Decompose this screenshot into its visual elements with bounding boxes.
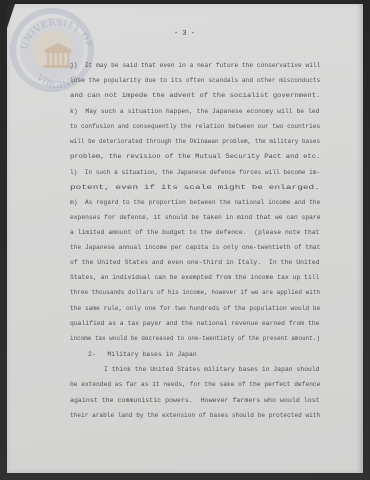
text-line: m) As regard to the proportion between t… [70,199,320,206]
text-line: to confusion and consequently the relati… [70,123,320,130]
text-line: expenses for defence, it should be taken… [70,214,321,221]
text-line: will be deteriorated through the Okinawa… [70,138,320,145]
page-number: - 3 - [174,30,195,38]
text-line: k) May such a situation happen, the Japa… [70,108,320,115]
text-line: three thousands dollars of his income, h… [70,289,320,296]
paper-edge-shadow [356,4,363,473]
text-line: problem, the revision of the Mutual Secu… [70,153,320,160]
text-line: the same rule, only one for two hundreds… [70,305,320,312]
text-line: I think the United States military bases… [104,366,320,373]
text-line: of the United States and even one-third … [70,259,320,266]
text-line: a limited amount of the budget to the de… [70,229,320,236]
paper-corner-fold [7,4,15,28]
text-line: l) In such a situation, the Japanese def… [70,169,320,176]
text-line: potent, even if its scale might be enlar… [70,184,320,191]
text-line: the Japanese annual income per capita is… [70,244,320,251]
text-line: lose the popularity due to its often sca… [70,77,320,84]
text-line: 2- Military bases in Japan [88,351,197,358]
text-line: and can not impede the advent of the soc… [70,92,320,99]
text-line: be extended as far as it needs, for the … [70,381,320,388]
text-line: States, an individual can be exempted fr… [70,274,320,281]
text-line: their arable land by the extension of ba… [70,412,320,419]
text-line: income tax would be decreased to one-twe… [70,335,320,342]
text-line: against the communistic powers. However … [70,397,320,404]
text-line: j) It may be said that even in a near fu… [70,62,320,69]
text-line: qualified as a tax payer and the nationa… [70,320,320,327]
